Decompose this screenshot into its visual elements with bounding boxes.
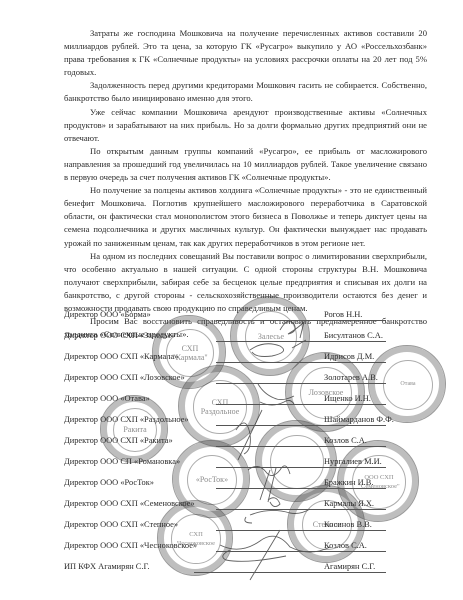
signatory-name: Нургалиев М.И.: [324, 457, 382, 466]
signature-line: [216, 362, 386, 363]
signatory-name: Идрисов Д.М.: [324, 352, 374, 361]
signature-line: [216, 551, 386, 552]
document-page: Затраты же господина Мошковича на получе…: [0, 0, 463, 600]
signatory-row: Директор ООО СП «Романовка» Нургалиев М.…: [64, 457, 444, 471]
signatory-row: Директор ООО «РосТок» Бражкин И.В.: [64, 478, 444, 492]
signatory-role: Директор ООО СХП «Ракита»: [64, 436, 173, 445]
signatory-row: Директор ООО «Отава» Ищенко И.Н.: [64, 394, 444, 408]
signatory-row: Директор ООО СХП «Кармала» Идрисов Д.М.: [64, 352, 444, 366]
signature-line: [216, 425, 386, 426]
signatory-name: Косинов В.В.: [324, 520, 372, 529]
signatory-role: Директор ООО СХП «Залесье»: [64, 331, 176, 340]
signature-line: [216, 530, 386, 531]
signatory-row: Директор ООО «Борма» Рогов Н.Н.: [64, 310, 444, 324]
signatory-row: Директор ООО СХП «Ракита» Козлов С.А.: [64, 436, 444, 450]
signatory-role: Директор ООО «Борма»: [64, 310, 151, 319]
signatures-block: Директор ООО «Борма» Рогов Н.Н. Директор…: [64, 310, 444, 600]
signatory-role: Директор ООО СХП «Кармала»: [64, 352, 178, 361]
signatory-name: Ищенко И.Н.: [324, 394, 371, 403]
signatory-row: Директор ООО СХП «Чесноковское» Козлов С…: [64, 541, 444, 555]
signatory-row: Директор ООО СХП «Семеновское» Кармалы Я…: [64, 499, 444, 513]
signature-line: [216, 509, 386, 510]
signatory-name: Бисултанов С.А.: [324, 331, 383, 340]
signatory-name: Бражкин И.В.: [324, 478, 373, 487]
signature-line: [216, 320, 386, 321]
signatory-role: Директор ООО СХП «Степное»: [64, 520, 178, 529]
signatory-row: ИП КФХ Агамирян С.Г. Агамирян С.Г.: [64, 562, 444, 576]
signature-line: [216, 341, 386, 342]
signature-line: [216, 404, 386, 405]
signatory-role: Директор ООО «РосТок»: [64, 478, 154, 487]
signatory-name: Кармалы Я.Х.: [324, 499, 374, 508]
signature-line: [194, 572, 386, 573]
signatory-role: Директор ООО СХП «Лозовское»: [64, 373, 185, 382]
signatory-row: Директор ООО СХП «Раздольное» Шаймардано…: [64, 415, 444, 429]
signature-line: [216, 446, 386, 447]
signatory-row: Директор ООО СХП «Степное» Косинов В.В.: [64, 520, 444, 534]
signatory-row: Директор ООО СХП «Лозовское» Золотарев А…: [64, 373, 444, 387]
signature-line: [216, 383, 386, 384]
signatory-role: Директор ООО СП «Романовка»: [64, 457, 180, 466]
signatory-name: Шаймарданов Ф.Ф.: [324, 415, 394, 424]
signatory-role: Директор ООО «Отава»: [64, 394, 150, 403]
signature-line: [216, 488, 386, 489]
signatory-role: ИП КФХ Агамирян С.Г.: [64, 562, 149, 571]
signatory-name: Козлов С.А.: [324, 541, 367, 550]
signatory-role: Директор ООО СХП «Чесноковское»: [64, 541, 197, 550]
signatory-name: Агамирян С.Г.: [324, 562, 375, 571]
signature-line: [216, 467, 386, 468]
signatory-role: Директор ООО СХП «Семеновское»: [64, 499, 195, 508]
signatory-name: Золотарев А.В.: [324, 373, 378, 382]
signatory-role: Директор ООО СХП «Раздольное»: [64, 415, 189, 424]
signatory-name: Козлов С.А.: [324, 436, 367, 445]
signatory-name: Рогов Н.Н.: [324, 310, 362, 319]
signatory-row: Директор ООО СХП «Залесье» Бисултанов С.…: [64, 331, 444, 345]
